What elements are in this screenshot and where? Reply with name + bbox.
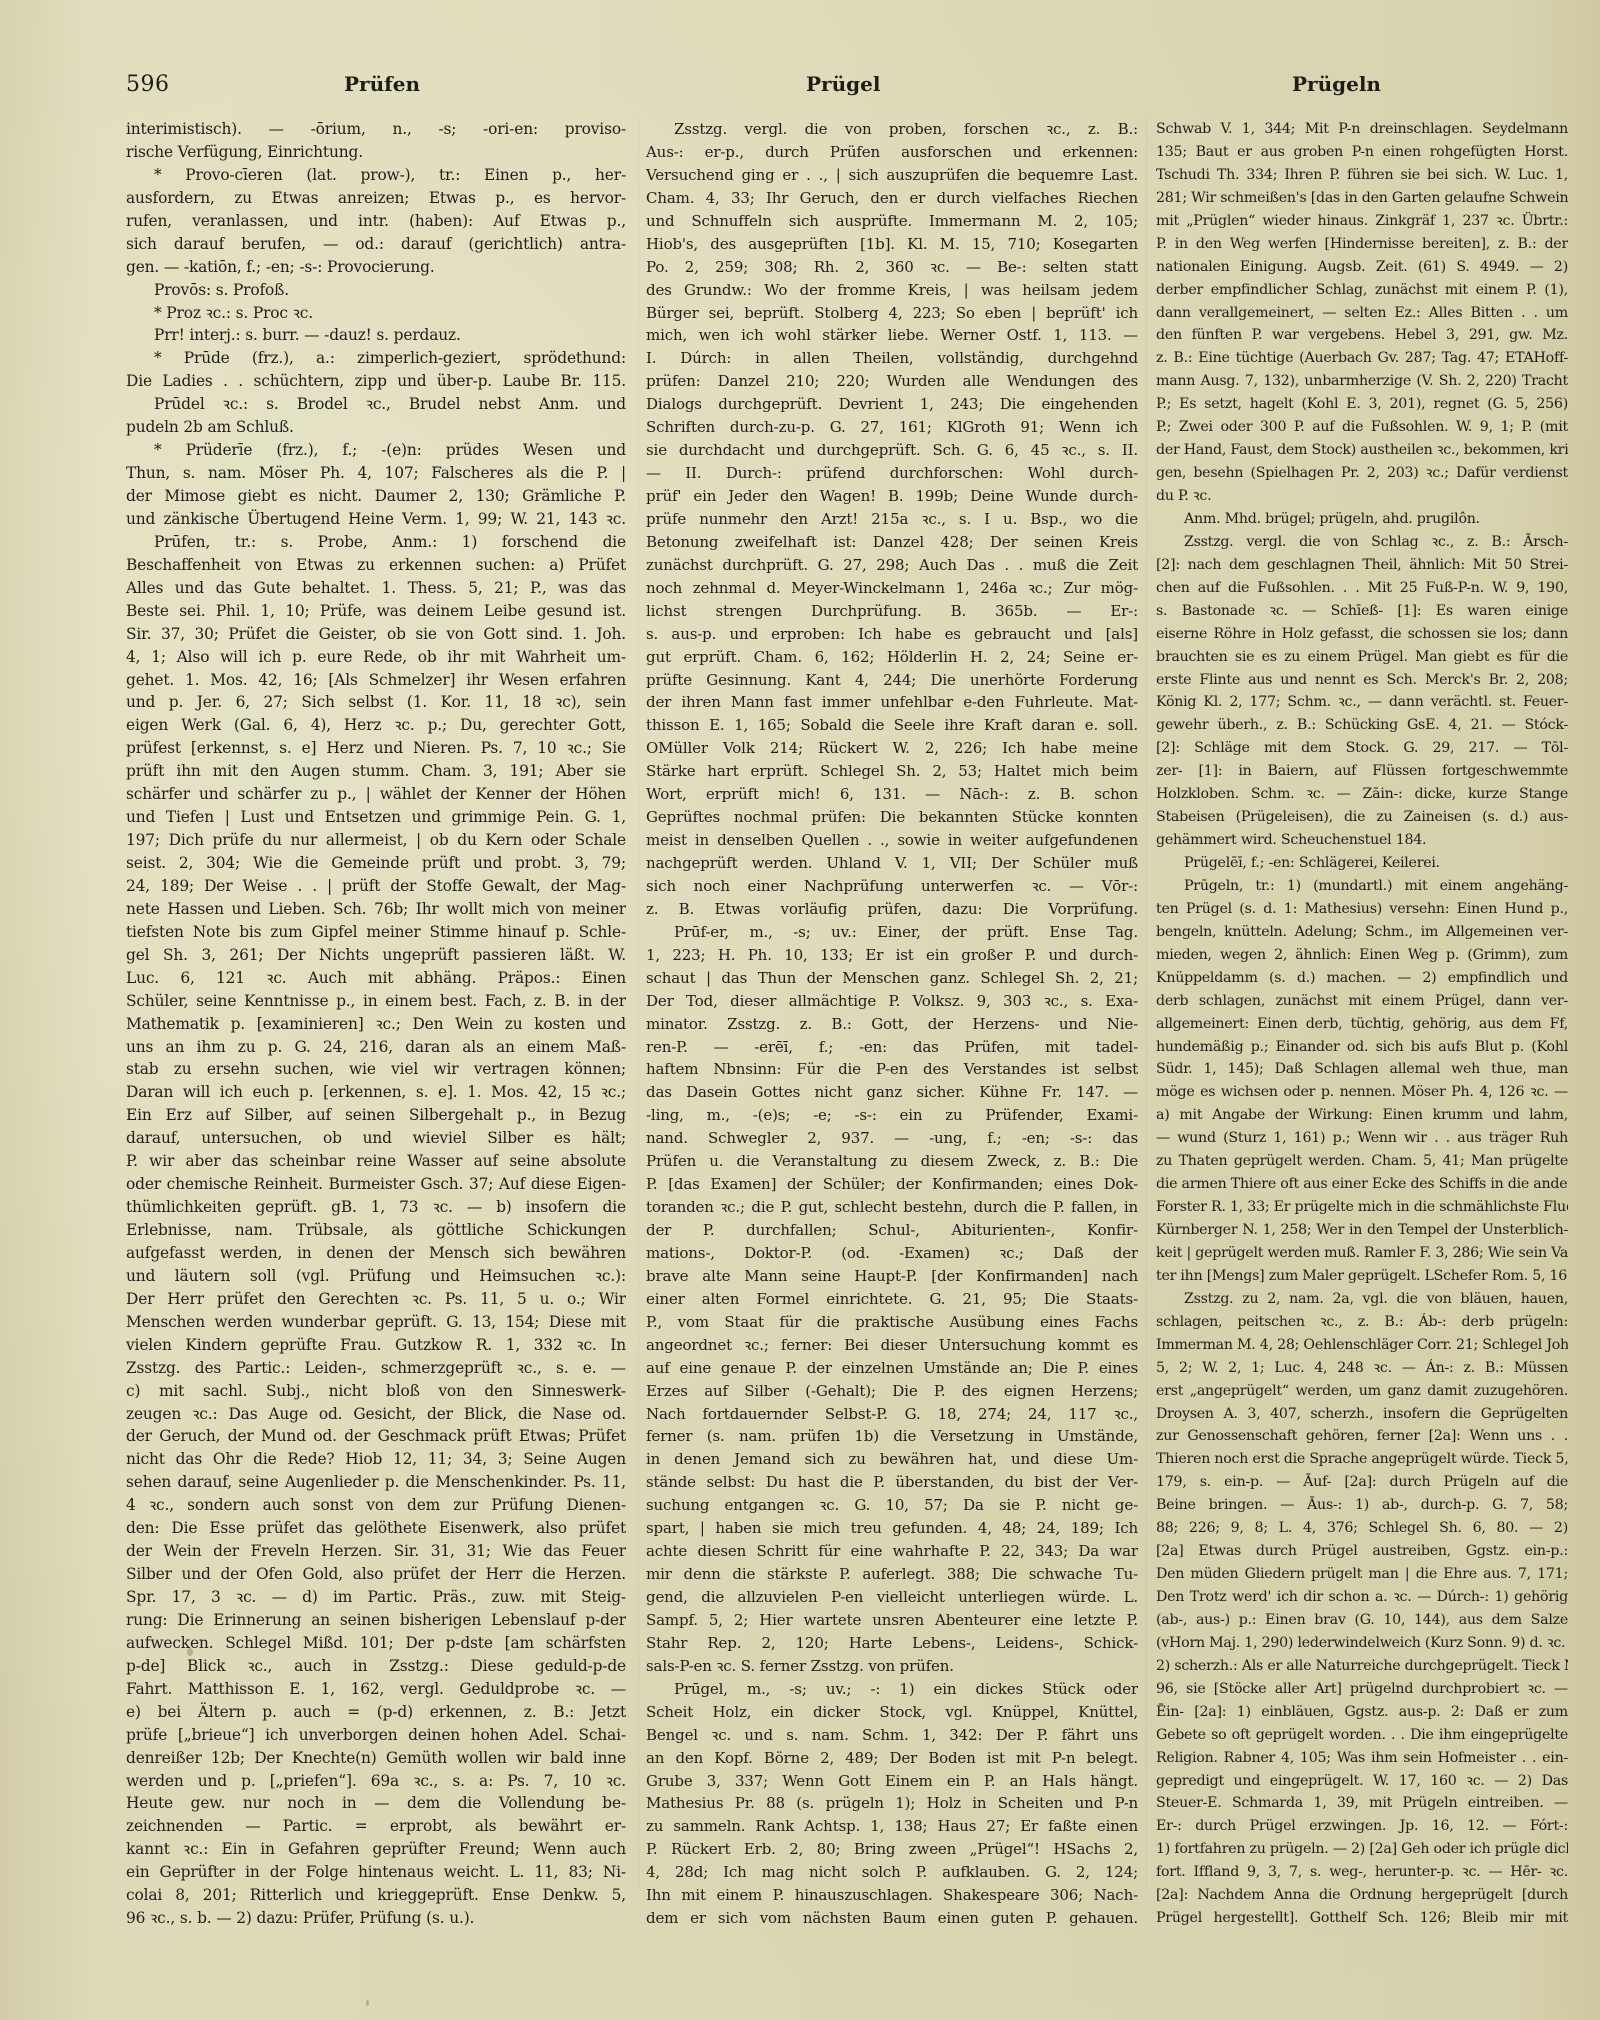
text-line: nationalen Einigung. Augsb. Zeit. (61) S… xyxy=(1156,256,1568,279)
text-line: Forster R. 1, 33; Er prügelte mich in di… xyxy=(1156,1196,1568,1219)
text-line: aufwecken. Schlegel Mißd. 101; Der p-dst… xyxy=(126,1632,626,1655)
text-line: stab zu ersehn suchen, wie viel wir vert… xyxy=(126,1058,626,1081)
text-line: schlagen, peitschen ꝛc., z. B.: Áb-: der… xyxy=(1156,1311,1568,1334)
text-line: Prūgel, m., -s; uv.; -: 1) ein dickes St… xyxy=(646,1678,1138,1701)
text-line: prüfe nunmehr den Arzt! 215a ꝛc., s. I u… xyxy=(646,508,1138,531)
text-line: OMüller Volk 214; Rückert W. 2, 226; Ich… xyxy=(646,737,1138,760)
text-line: gut erprüft. Cham. 6, 162; Hölderlin H. … xyxy=(646,646,1138,669)
text-line: Droysen A. 3, 407, scherzh., insofern di… xyxy=(1156,1403,1568,1426)
text-line: brauchten sie es zu einem Prügel. Man gi… xyxy=(1156,646,1568,669)
text-line: Ihn mit einem P. hinauszuschlagen. Shake… xyxy=(646,1884,1138,1907)
text-line: gen, besehn (Spielhagen Pr. 2, 203) ꝛc.;… xyxy=(1156,462,1568,485)
text-line: Religion. Rabner 4, 105; Was ihm sein Ho… xyxy=(1156,1747,1568,1770)
text-line: 135; Baut er aus groben P-n einen rohgef… xyxy=(1156,141,1568,164)
text-line: gen. — -katiōn, f.; -en; -s-: Provocieru… xyxy=(126,256,626,279)
text-line: nete Hassen und Lieben. Sch. 76b; Ihr wo… xyxy=(126,898,626,921)
text-line: eiserne Röhre in Holz gefasst, die schos… xyxy=(1156,623,1568,646)
text-line: Den Trotz werd' ich dir schon a. ꝛc. — D… xyxy=(1156,1586,1568,1609)
text-line: Wort, erprüft mich! 6, 131. — Nāch-: z. … xyxy=(646,783,1138,806)
text-line: gel Sh. 3, 261; Der Nichts ungeprüft pas… xyxy=(126,944,626,967)
text-line: spart, | haben sie mich treu gefunden. 4… xyxy=(646,1517,1138,1540)
text-line: prüfe [„brieue“] ich unverborgen deinen … xyxy=(126,1724,626,1747)
text-line: Thun, s. nam. Möser Ph. 4, 107; Falscher… xyxy=(126,462,626,485)
text-line: 24, 189; Der Weise . . | prüft der Stoff… xyxy=(126,875,626,898)
text-line: Zsstzg. vergl. die von proben, forschen … xyxy=(646,118,1138,141)
text-line: haftem Nbnsinn: Für die P-en des Verstan… xyxy=(646,1058,1138,1081)
text-line: und p. Jer. 6, 27; Sich selbst (1. Kor. … xyxy=(126,691,626,714)
text-line: Prr! interj.: s. burr. — -dauz! s. perda… xyxy=(126,324,626,347)
text-line: prüfest [erkennst, s. e] Herz und Nieren… xyxy=(126,737,626,760)
text-line: P., vom Staat für die praktische Ausübun… xyxy=(646,1311,1138,1334)
text-line: Mathematik p. [examinieren] ꝛc.; Den Wei… xyxy=(126,1013,626,1036)
text-line: und zänkische Übertugend Heine Verm. 1, … xyxy=(126,508,626,531)
text-line: 96 ꝛc., s. b. — 2) dazu: Prüfer, Prüfung… xyxy=(126,1907,626,1930)
text-line: rufen, veranlassen, und intr. (haben): A… xyxy=(126,210,626,233)
text-line: 96, sie [Stöcke aller Art] prügelnd durc… xyxy=(1156,1678,1568,1701)
text-line: nicht das Ohr die Rede? Hiob 12, 11; 34,… xyxy=(126,1448,626,1471)
text-line: Erzes auf Silber (-Gehalt); Die P. des e… xyxy=(646,1380,1138,1403)
text-line: keit | geprügelt werden muß. Ramler F. 3… xyxy=(1156,1242,1568,1265)
column-right: Schwab V. 1, 344; Mit P-n dreinschlagen.… xyxy=(1156,118,1568,1930)
running-head-right: Prügeln xyxy=(1292,72,1381,96)
page-header: 596 Prüfen Prügel Prügeln xyxy=(126,72,1562,102)
text-line: Daran will ich euch p. [erkennen, s. e].… xyxy=(126,1081,626,1104)
text-line: der Mimose giebt es nicht. Daumer 2, 130… xyxy=(126,485,626,508)
text-line: Prūdel ꝛc.: s. Brodel ꝛc., Brudel nebst … xyxy=(126,393,626,416)
text-line: der P. durchfallen; Schul-, Abiturienten… xyxy=(646,1219,1138,1242)
text-line: allgemeinert: Einen derb, tüchtig, gehör… xyxy=(1156,1013,1568,1036)
text-line: und Schnuffeln sich ausprüfte. Immermann… xyxy=(646,210,1138,233)
text-line: brave alte Mann seine Haupt-P. [der Konf… xyxy=(646,1265,1138,1288)
text-line: Stabeisen (Prügeleisen), die zu Zaineise… xyxy=(1156,806,1568,829)
text-line: thümlichkeiten geprüft. gB. 1, 73 ꝛc. — … xyxy=(126,1196,626,1219)
text-line: Bengel ꝛc. und s. nam. Schm. 1, 342: Der… xyxy=(646,1724,1138,1747)
text-line: z. B. Etwas vorläufig prüfen, dazu: Die … xyxy=(646,898,1138,921)
running-head-center: Prügel xyxy=(806,72,880,96)
text-line: zu sammeln. Rank Achtsp. 1, 138; Haus 27… xyxy=(646,1815,1138,1838)
text-line: thisson E. 1, 165; Sobald die Seele ihre… xyxy=(646,714,1138,737)
text-line: kannt ꝛc.: Ein in Gefahren geprüfter Fre… xyxy=(126,1838,626,1861)
text-line: dem er sich vom nächsten Baum einen gute… xyxy=(646,1907,1138,1930)
text-line: möge es wichsen oder p. nennen. Möser Ph… xyxy=(1156,1081,1568,1104)
text-line: der ihren Mann fast immer unfehlbar e-de… xyxy=(646,691,1138,714)
text-line: zeichnenden — Partic. = erprobt, als bew… xyxy=(126,1815,626,1838)
text-line: 281; Wir schmeißen's [das in den Garten … xyxy=(1156,187,1568,210)
text-line: Südr. 1, 145); Daß Schlagen allemal weh … xyxy=(1156,1058,1568,1081)
text-line: bengeln, knütteln. Adelung; Schm., im Al… xyxy=(1156,921,1568,944)
text-line: erste Flinte aus und nennt es Sch. Merck… xyxy=(1156,669,1568,692)
text-line: Provōs: s. Profoß. xyxy=(126,279,626,302)
text-line: 1) fortfahren zu prügeln. — 2) [2a] Geh … xyxy=(1156,1838,1568,1861)
text-line: P. in den Weg werfen [Hindernisse bereit… xyxy=(1156,233,1568,256)
text-line: noch zehnmal d. Meyer-Winckelmann 1, 246… xyxy=(646,577,1138,600)
text-line: der Hand, Faust, dem Stock) austheilen ꝛ… xyxy=(1156,439,1568,462)
text-line: rische Verfügung, Einrichtung. xyxy=(126,141,626,164)
text-line: gewehr überh., z. B.: Schücking GsE. 4, … xyxy=(1156,714,1568,737)
text-line: gehet. 1. Mos. 42, 16; [Als Schmelzer] i… xyxy=(126,669,626,692)
text-line: Scheit Holz, ein dicker Stock, vgl. Knüp… xyxy=(646,1701,1138,1724)
text-line: Silber und der Ofen Gold, also prüfet de… xyxy=(126,1563,626,1586)
text-line: ein Geprüfter in der Folge hintenaus wei… xyxy=(126,1861,626,1884)
text-line: Mathesius Pr. 88 (s. prügeln 1); Holz in… xyxy=(646,1792,1138,1815)
text-line: ferner (s. nam. prüfen 1b) die Versetzun… xyxy=(646,1425,1138,1448)
text-line: zur Genossenschaft gehören, ferner [2a]:… xyxy=(1156,1425,1568,1448)
text-line: den: Die Esse prüfet das gelöthete Eisen… xyxy=(126,1517,626,1540)
text-line: König Kl. 2, 177; Schm. ꝛc., — dann verä… xyxy=(1156,691,1568,714)
text-line: eigen Werk (Gal. 6, 4), Herz ꝛc. p.; Du,… xyxy=(126,714,626,737)
text-line: sich darauf berufen, — od.: darauf (geri… xyxy=(126,233,626,256)
text-line: Menschen werden wunderbar geprüft. G. 13… xyxy=(126,1311,626,1334)
column-left: interimistisch). — -ōrium, n., -s; -ori-… xyxy=(126,118,626,1930)
text-line: Beine bringen. — Āus-: 1) ab-, durch-p. … xyxy=(1156,1494,1568,1517)
text-line: sie durchdacht und durchgeprüft. Sch. G.… xyxy=(646,439,1138,462)
text-line: Hiob's, des ausgeprüften [1b]. Kl. M. 15… xyxy=(646,233,1138,256)
text-line: a) mit Angabe der Wirkung: Einen krumm u… xyxy=(1156,1104,1568,1127)
text-line: der Wein der Freveln Herzen. Sir. 31, 31… xyxy=(126,1540,626,1563)
text-line: Sir. 37, 30; Prüfet die Geister, ob sie … xyxy=(126,623,626,646)
text-line: mit „Prüglen“ wieder hinaus. Zinkgräf 1,… xyxy=(1156,210,1568,233)
text-line: derb schlagen, zunächst mit einem Prügel… xyxy=(1156,990,1568,1013)
text-line: [2a] Etwas durch Prügel austreiben, Ggst… xyxy=(1156,1540,1568,1563)
text-line: Stärke hart erprüft. Schlegel Sh. 2, 53;… xyxy=(646,760,1138,783)
text-line: zer- [1]: in Baiern, auf Flüssen fortges… xyxy=(1156,760,1568,783)
text-line: fort. Iffland 9, 3, 7, s. weg-, herunter… xyxy=(1156,1861,1568,1884)
text-line: toranden ꝛc.; die P. gut, schlecht beste… xyxy=(646,1196,1138,1219)
text-line: zunächst durchprüft. G. 27, 298; Auch Da… xyxy=(646,554,1138,577)
text-line: und läutern soll (vgl. Prüfung und Heims… xyxy=(126,1265,626,1288)
text-line: P. [das Examen] der Schüler; der Konfirm… xyxy=(646,1173,1138,1196)
text-line: — wund (Sturz 1, 161) p.; Wenn wir . . a… xyxy=(1156,1127,1568,1150)
text-line: Schriften durch-zu-p. G. 27, 161; KlGrot… xyxy=(646,416,1138,439)
ink-spot xyxy=(366,2000,369,2006)
text-line: Cham. 4, 33; Ihr Geruch, den er durch vi… xyxy=(646,187,1138,210)
text-line: Betonung zweifelhaft ist: Danzel 428; De… xyxy=(646,531,1138,554)
text-line: gehämmert wird. Scheuchenstuel 184. xyxy=(1156,829,1568,852)
text-line: ter ihn [Mengs] zum Maler geprügelt. LSc… xyxy=(1156,1265,1568,1288)
text-line: Grube 3, 337; Wenn Gott Einem ein P. an … xyxy=(646,1770,1138,1793)
text-line: 2) scherzh.: Als er alle Naturreiche dur… xyxy=(1156,1655,1568,1678)
text-line: nand. Schwegler 2, 937. — -ung, f.; -en;… xyxy=(646,1127,1138,1150)
text-line: Geprüftes nochmal prüfen: Die bekannten … xyxy=(646,806,1138,829)
text-line: p-de] Blick ꝛc., auch in Zsstzg.: Diese … xyxy=(126,1655,626,1678)
text-line: Erlebnisse, nam. Trübsale, als göttliche… xyxy=(126,1219,626,1242)
text-line: prüf' ein Jeder den Wagen! B. 199b; Dein… xyxy=(646,485,1138,508)
text-line: I. Dúrch: in allen Theilen, vollständig,… xyxy=(646,347,1138,370)
text-line: pudeln 2b am Schluß. xyxy=(126,416,626,439)
text-line: Schüler, seine Kenntnisse p., in einem b… xyxy=(126,990,626,1013)
text-line: Aus-: er-p., durch Prüfen ausforschen un… xyxy=(646,141,1138,164)
text-line: Prūf-er, m., -s; uv.: Einer, der prüft. … xyxy=(646,921,1138,944)
text-line: prüft ihn mit den Augen stumm. Cham. 3, … xyxy=(126,760,626,783)
text-line: ausfordern, zu Etwas anreizen; Etwas p.,… xyxy=(126,187,626,210)
text-line: Fahrt. Matthisson E. 1, 162, vergl. Gedu… xyxy=(126,1678,626,1701)
text-line: Dialogs durchgeprüft. Devrient 1, 243; D… xyxy=(646,393,1138,416)
text-line: chen auf die Fußsohlen. . . Mit 25 Fuß-P… xyxy=(1156,577,1568,600)
text-line: 5, 2; W. 2, 1; Luc. 4, 248 ꝛc. — Án-: z.… xyxy=(1156,1357,1568,1380)
text-line: mations-, Doktor-P. (od. -Examen) ꝛc.; D… xyxy=(646,1242,1138,1265)
text-line: Heute gew. nur noch in — dem die Vollend… xyxy=(126,1792,626,1815)
text-line: Versuchend ging er . ., | sich auszuprüf… xyxy=(646,164,1138,187)
text-line: s. aus-p. und erproben: Ich habe es gebr… xyxy=(646,623,1138,646)
column-middle: Zsstzg. vergl. die von proben, forschen … xyxy=(646,118,1138,1930)
text-line: 4 ꝛc., sondern auch sonst von dem zur Pr… xyxy=(126,1494,626,1517)
text-line: ren-P. — -erēī, f.; -en: das Prüfen, mit… xyxy=(646,1036,1138,1059)
text-line: dann verallgemeinert, — selten Ez.: Alle… xyxy=(1156,302,1568,325)
ink-spot xyxy=(187,1648,193,1656)
text-line: Thieren noch erst die Sprache angeprügel… xyxy=(1156,1448,1568,1471)
text-line: schaut | das Thun der Menschen ganz. Sch… xyxy=(646,967,1138,990)
text-line: gend, die allzuvielen P-en vielleicht un… xyxy=(646,1586,1138,1609)
text-line: Nach fortdauernder Selbst-P. G. 18, 274;… xyxy=(646,1403,1138,1426)
text-line: Den müden Gliedern prügelt man | die Ehr… xyxy=(1156,1563,1568,1586)
text-line: * Proz ꝛc.: s. Proc ꝛc. xyxy=(126,302,626,325)
text-line: [2a]: Nachdem Anna die Ordnung hergeprüg… xyxy=(1156,1884,1568,1907)
text-line: Tschudi Th. 334; Ihren P. führen sie bei… xyxy=(1156,164,1568,187)
text-line: darauf, untersuchen, ob und wieviel Silb… xyxy=(126,1127,626,1150)
text-line: vielen Kindern geprüfte Frau. Gutzkow R.… xyxy=(126,1334,626,1357)
text-line: z. B.: Eine tüchtige (Auerbach Gv. 287; … xyxy=(1156,347,1568,370)
text-line: -ling, m., -(e)s; -e; -s-: ein zu Prüfen… xyxy=(646,1104,1138,1127)
text-line: Beste sei. Phil. 1, 10; Prüfe, was deine… xyxy=(126,600,626,623)
text-line: interimistisch). — -ōrium, n., -s; -ori-… xyxy=(126,118,626,141)
text-line: Stahr Rep. 2, 120; Harte Lebens-, Leiden… xyxy=(646,1632,1138,1655)
text-line: und Tiefen | Lust und Entsetzen und grim… xyxy=(126,806,626,829)
text-line: meist in denselben Quellen . ., sowie in… xyxy=(646,829,1138,852)
text-line: Knüppeldamm (s. d.) machen. — 2) empfind… xyxy=(1156,967,1568,990)
text-line: angeordnet ꝛc.; ferner: Bei dieser Unter… xyxy=(646,1334,1138,1357)
text-line: Sampf. 5, 2; Hier wartete unsren Abenteu… xyxy=(646,1609,1138,1632)
text-line: 4, 1; Also will ich p. eure Rede, ob ihr… xyxy=(126,646,626,669)
text-line: Bürger sei, beprüft. Stolberg 4, 223; So… xyxy=(646,302,1138,325)
text-line: Kürnberger N. 1, 258; Wer in den Tempel … xyxy=(1156,1219,1568,1242)
page-number: 596 xyxy=(126,72,170,97)
text-line: * Prüderīe (frz.), f.; -(e)n: prüdes Wes… xyxy=(126,439,626,462)
text-line: Zsstzg. des Partic.: Leiden-, schmerzgep… xyxy=(126,1357,626,1380)
text-line: prüfen: Danzel 210; 220; Wurden alle Wen… xyxy=(646,370,1138,393)
text-line: — II. Durch-: prüfend durchforschen: Woh… xyxy=(646,462,1138,485)
text-line: mann Ausg. 7, 132), unbarmherzige (V. Sh… xyxy=(1156,370,1568,393)
text-line: stände selbst: Du hast die P. überstande… xyxy=(646,1471,1138,1494)
text-line: schärfer und schärfer zu p., | wählet de… xyxy=(126,783,626,806)
text-line: nachgeprüft werden. Uhland V. 1, VII; De… xyxy=(646,852,1138,875)
text-line: mir denn die stärkste P. auferlegt. 388;… xyxy=(646,1563,1138,1586)
text-line: sich noch einer Nachprüfung unterwerfen … xyxy=(646,875,1138,898)
text-line: Prügel hergestellt]. Gotthelf Sch. 126; … xyxy=(1156,1907,1568,1930)
text-line: sals-P-en ꝛc. S. ferner Zsstzg. von prüf… xyxy=(646,1655,1138,1678)
text-line: Gebete so oft geprügelt worden. . . Die … xyxy=(1156,1724,1568,1747)
text-line: einer alten Formel einrichtete. G. 21, 9… xyxy=(646,1288,1138,1311)
text-line: e) bei Ältern p. auch = (p-d) erkennen, … xyxy=(126,1701,626,1724)
text-line: hundemäßig p.; Einander od. sich bis auf… xyxy=(1156,1036,1568,1059)
text-line: Ein Erz auf Silber, auf seinen Silbergeh… xyxy=(126,1104,626,1127)
text-line: Zsstzg. zu 2, nam. 2a, vgl. die von bläu… xyxy=(1156,1288,1568,1311)
text-line: prüfte Gesinnung. Kant 4, 244; Die unerh… xyxy=(646,669,1138,692)
text-line: Prūfen, tr.: s. Probe, Anm.: 1) forschen… xyxy=(126,531,626,554)
text-line: Holzkloben. Schm. ꝛc. — Zāin-: dicke, ku… xyxy=(1156,783,1568,806)
text-line: das Dasein Gottes nicht ganz sicher. Küh… xyxy=(646,1081,1138,1104)
text-line: Prüfen u. die Veranstaltung zu diesem Zw… xyxy=(646,1150,1138,1173)
text-line: mieden, wegen 2, ähnlich: Einen Weg p. (… xyxy=(1156,944,1568,967)
text-line: die armen Thiere oft aus einer Ecke des … xyxy=(1156,1173,1568,1196)
text-line: seist. 2, 304; Wie die Gemeinde prüft un… xyxy=(126,852,626,875)
text-line: an den Kopf. Börne 2, 489; Der Boden ist… xyxy=(646,1747,1138,1770)
text-line: suchung entgangen ꝛc. G. 10, 57; Da sie … xyxy=(646,1494,1138,1517)
text-line: tiefsten Note bis zum Gipfel meiner Stim… xyxy=(126,921,626,944)
text-line: des Grundw.: Wo der fromme Kreis, | was … xyxy=(646,279,1138,302)
text-line: Steuer-E. Schmarda 1, 39, mit Prügeln ei… xyxy=(1156,1792,1568,1815)
text-line: Prügelēī, f.; -en: Schlägerei, Keilerei. xyxy=(1156,852,1568,875)
text-line: rung: Die Erinnerung an seinen bisherige… xyxy=(126,1609,626,1632)
text-line: [2]: Schläge mit dem Stock. G. 29, 217. … xyxy=(1156,737,1568,760)
text-line: 4, 28d; Ich mag nicht solch P. aufklaube… xyxy=(646,1861,1138,1884)
text-line: (ab-, aus-) p.: Einen brav (G. 10, 144),… xyxy=(1156,1609,1568,1632)
text-line: P.; Zwei oder 300 P. auf die Fußsohlen. … xyxy=(1156,416,1568,439)
text-line: P. wir aber das scheinbar reine Wasser a… xyxy=(126,1150,626,1173)
text-line: minator. Zsstzg. z. B.: Gott, der Herzen… xyxy=(646,1013,1138,1036)
text-line: gepredigt und eingeprügelt. W. 17, 160 ꝛ… xyxy=(1156,1770,1568,1793)
text-line: sehen darauf, seine Augenlieder p. die M… xyxy=(126,1471,626,1494)
text-line: 88; 226; 9, 8; L. 4, 376; Schlegel Sh. 6… xyxy=(1156,1517,1568,1540)
text-line: Po. 2, 259; 308; Rh. 2, 360 ꝛc. — Be-: s… xyxy=(646,256,1138,279)
text-line: du P. ꝛc. xyxy=(1156,485,1568,508)
text-line: uns an ihm zu p. G. 24, 216, daran als a… xyxy=(126,1036,626,1059)
text-line: Schwab V. 1, 344; Mit P-n dreinschlagen.… xyxy=(1156,118,1568,141)
text-line: Die Ladies . . schüchtern, zipp und über… xyxy=(126,370,626,393)
text-line: Spr. 17, 3 ꝛc. — d) im Partic. Präs., zu… xyxy=(126,1586,626,1609)
text-line: s. Bastonade ꝛc. — Schīeß- [1]: Es waren… xyxy=(1156,600,1568,623)
text-line: Der Herr prüfet den Gerechten ꝛc. Ps. 11… xyxy=(126,1288,626,1311)
text-line: oder chemische Reinheit. Burmeister Gsch… xyxy=(126,1173,626,1196)
text-line: Zsstzg. vergl. die von Schlag ꝛc., z. B.… xyxy=(1156,531,1568,554)
text-line: 179, s. ein-p. — Āuf- [2a]: durch Prügel… xyxy=(1156,1471,1568,1494)
text-line: in denen Jemand sich zu bewähren hat, un… xyxy=(646,1448,1138,1471)
text-line: werden und p. [„priefen“]. 69a ꝛc., s. a… xyxy=(126,1770,626,1793)
text-line: P.; Es setzt, hagelt (Kohl E. 3, 201), r… xyxy=(1156,393,1568,416)
text-line: auf eine genaue P. der einzelnen Umständ… xyxy=(646,1357,1138,1380)
text-line: derber empfindlicher Schlag, zunächst mi… xyxy=(1156,279,1568,302)
text-line: Anm. Mhd. brügel; prügeln, ahd. prugilôn… xyxy=(1156,508,1568,531)
text-line: erst „angeprügelt“ werden, um ganz damit… xyxy=(1156,1380,1568,1403)
text-line: Luc. 6, 121 ꝛc. Auch mit abhäng. Präpos.… xyxy=(126,967,626,990)
text-line: * Prūde (frz.), a.: zimperlich-geziert, … xyxy=(126,347,626,370)
text-line: zu Thaten geprügelt werden. Cham. 5, 41;… xyxy=(1156,1150,1568,1173)
text-line: c) mit sachl. Subj., nicht bloß von den … xyxy=(126,1380,626,1403)
text-line: Beschaffenheit von Etwas zu erkennen suc… xyxy=(126,554,626,577)
text-line: (vHorn Maj. 1, 290) lederwindelweich (Ku… xyxy=(1156,1632,1568,1655)
text-line: mich, wen ich wohl stärker liebe. Werner… xyxy=(646,324,1138,347)
text-line: achte diesen Schritt für eine wahrhafte … xyxy=(646,1540,1138,1563)
text-line: 197; Dich prüfe du nur allermeist, | ob … xyxy=(126,829,626,852)
text-line: Prūgeln, tr.: 1) (mundartl.) mit einem a… xyxy=(1156,875,1568,898)
text-line: [2]: nach dem geschlagnen Theil, ähnlich… xyxy=(1156,554,1568,577)
running-head-left: Prüfen xyxy=(344,72,420,96)
text-line: Immerman M. 4, 28; Oehlenschläger Corr. … xyxy=(1156,1334,1568,1357)
text-line: aufgefasst werden, in denen der Mensch s… xyxy=(126,1242,626,1265)
text-line: Der Tod, dieser allmächtige P. Volksz. 9… xyxy=(646,990,1138,1013)
text-line: zeugen ꝛc.: Das Auge od. Gesicht, der Bl… xyxy=(126,1403,626,1426)
dictionary-columns: interimistisch). — -ōrium, n., -s; -ori-… xyxy=(126,118,1566,1888)
text-line: Ēin- [2a]: 1) einbläuen, Ggstz. aus-p. 2… xyxy=(1156,1701,1568,1724)
text-line: der Geruch, der Mund od. der Geschmack p… xyxy=(126,1425,626,1448)
text-line: P. Rückert Erb. 2, 80; Bring zween „Prüg… xyxy=(646,1838,1138,1861)
text-line: 1, 223; H. Ph. 10, 133; Er ist ein große… xyxy=(646,944,1138,967)
text-line: ten Prügel (s. d. 1: Mathesius) versehn:… xyxy=(1156,898,1568,921)
text-line: den fünften P. war vergebens. Hebel 3, 2… xyxy=(1156,324,1568,347)
text-line: * Provo-cīeren (lat. prow-), tr.: Einen … xyxy=(126,164,626,187)
text-line: Alles und das Gute behaltet. 1. Thess. 5… xyxy=(126,577,626,600)
text-line: colai 8, 201; Ritterlich und krieggeprüf… xyxy=(126,1884,626,1907)
text-line: Er-: durch Prügel erzwingen. Jp. 16, 12.… xyxy=(1156,1815,1568,1838)
text-line: denreißer 12b; Der Knechte(n) Gemüth wol… xyxy=(126,1747,626,1770)
text-line: lichst strengen Durchprüfung. B. 365b. —… xyxy=(646,600,1138,623)
